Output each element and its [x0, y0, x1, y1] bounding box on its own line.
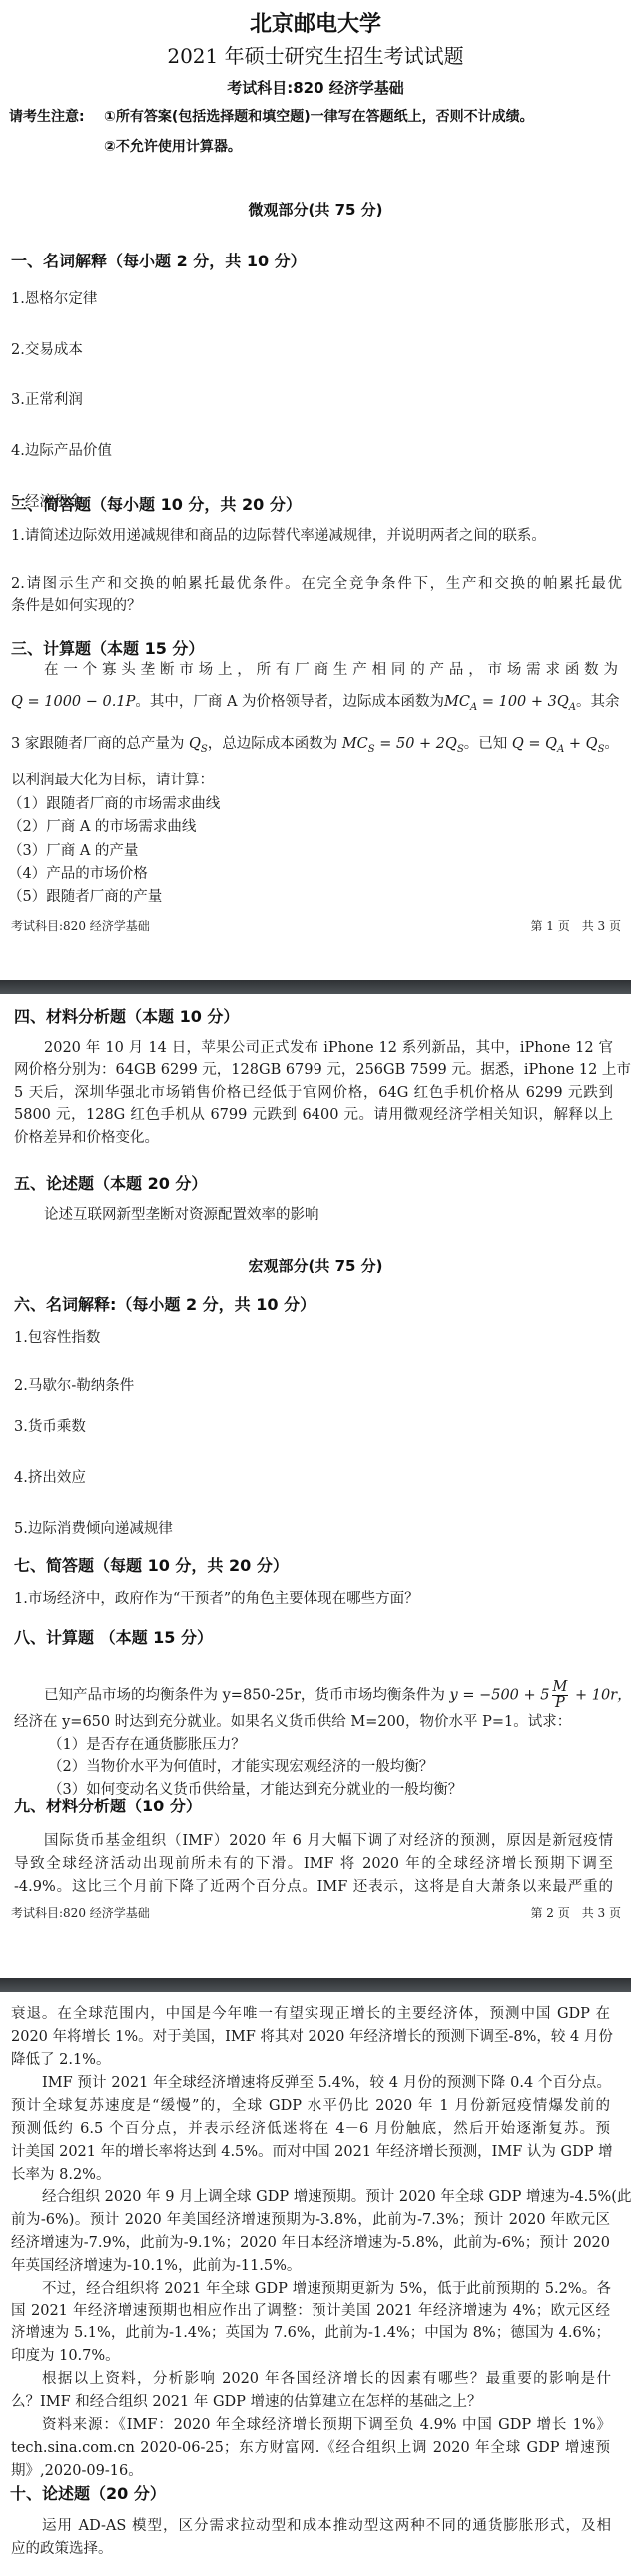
fraction-denominator: P: [552, 1696, 569, 1711]
essay-question: 论述互联网新型垄断对资源配置效率的影响: [44, 1206, 319, 1224]
calc-subquestion: （1）是否存在通货膨胀压力？: [48, 1736, 246, 1754]
calc-paragraph-line: 在一个寡头垄断市场上，所有厂商生产相同的产品，市场需求函数为: [44, 661, 622, 679]
calc-paragraph-line: 3 家跟随者厂商的总产量为 QS，总边际成本函数为 MCS = 50 + 2QS…: [11, 735, 619, 759]
material-line: -4.9%。这比三个月前下降了近两个百分点。IMF 还表示，这将是自大萧条以来最…: [14, 1878, 613, 1896]
calc-subquestion: （4）产品的市场价格: [8, 865, 148, 883]
material-line: 价格差异和价格变化。: [14, 1129, 159, 1147]
material-line: 国 2021 年经济增速预期也相应作出了调整：预计美国 2021 年经济增速为 …: [11, 2302, 610, 2319]
university-name: 北京邮电大学: [0, 12, 631, 38]
question-item: 1.请简述边际效用递减规律和商品的边际替代率递减规律，并说明两者之间的联系。: [11, 527, 546, 545]
calc-subquestion: （5）跟随者厂商的产量: [8, 888, 162, 906]
mc-a-label: MC: [444, 694, 470, 710]
calc-text: 。已知: [464, 736, 512, 752]
material-line: IMF 预计 2021 年全球经济增速将反弹至 5.4%，较 4 月份的预测下降…: [42, 2074, 611, 2092]
material-line: 济增速为 5.1%，此前为-1.4%；英国为 7.6%，此前为-1.4%；中国为…: [11, 2324, 610, 2342]
question-item: 1.市场经济中，政府作为“干预者”的角色主要体现在哪些方面？: [14, 1590, 419, 1608]
calc-prompt: 以利润最大化为目标，请计算：: [11, 772, 214, 789]
material-line: 不过，经合组织将 2021 年全球 GDP 增速预期更新为 5%，低于此前预期的…: [42, 2280, 611, 2298]
calc-text: ，总边际成本函数为: [208, 736, 342, 752]
material-line: 预计全球复苏速度是“缓慢”的，全球 GDP 水平仍比 2020 年 1 月份新冠…: [11, 2097, 610, 2115]
question-item-cont: 条件是如何实现的？: [11, 597, 142, 615]
term-item: 3.正常利润: [11, 391, 83, 409]
material-line: 2020 年 10 月 14 日，苹果公司正式发布 iPhone 12 系列新品…: [44, 1039, 613, 1057]
source-line: tech.sina.com.cn 2020-06-25；东方财富网.《经合组织上…: [11, 2439, 610, 2457]
material-line: 网价格分别为：64GB 6299 元，128GB 6799 元，256GB 75…: [14, 1061, 613, 1079]
material-line: 印度为 10.7%。: [11, 2347, 120, 2365]
notice-1: ①所有答案(包括选择题和填空题)一律写在答题纸上，否则不计成绩。: [104, 108, 534, 126]
footer-page-number: 第 1 页 共 3 页: [530, 918, 621, 934]
term-item: 4.挤出效应: [14, 1469, 86, 1487]
exam-title: 2021 年硕士研究生招生考试试题: [0, 44, 631, 68]
material-line: 5800 元，128G 红色手机从 6799 元跌到 6400 元。请用微观经济…: [14, 1106, 613, 1124]
term-item: 5.边际消费倾向递减规律: [14, 1520, 173, 1538]
mc-s-label: MC: [342, 736, 368, 752]
material-line: 么？IMF 和经合组织 2021 年 GDP 增速的估算建立在怎样的基础之上？: [11, 2393, 482, 2411]
term-item: 2.交易成本: [11, 341, 83, 359]
page-separator: [0, 980, 631, 994]
section-2-heading: 二、简答题（每小题 10 分，共 20 分）: [11, 495, 302, 515]
calc-paragraph-line: 经济在 y=650 时达到充分就业。如果名义货币供给 M=200，物价水平 P=…: [14, 1713, 571, 1731]
calc-text: 。其中，厂商 A 为价格领导者，边际成本函数为: [135, 694, 444, 710]
term-item: 3.货币乘数: [14, 1418, 86, 1436]
material-line: 前为-6%)。预计 2020 年美国经济增速预期为-3.8%，此前为-7.3%；…: [11, 2211, 610, 2229]
material-line: 长率为 8.2%。: [11, 2166, 110, 2184]
material-line: 经合组织 2020 年 9 月上调全球 GDP 增速预期。预计 2020 年全球…: [42, 2188, 611, 2206]
source-line: 资料来源：《IMF：2020 年全球经济增长预期下调至负 4.9% 中国 GDP…: [42, 2416, 611, 2434]
material-line: 5 天后，深圳华强北市场销售价格已经低于官网价格，64G 红色手机价格从 629…: [14, 1084, 613, 1102]
section-5-heading: 五、论述题（本题 20 分）: [14, 1174, 207, 1194]
term-item: 1.恩格尔定律: [11, 290, 97, 308]
footer-page-number: 第 2 页 共 3 页: [530, 1905, 621, 1921]
subscript: S: [457, 744, 464, 755]
calc-paragraph-line: Q = 1000 − 0.1P。其中，厂商 A 为价格领导者，边际成本函数为MC…: [11, 693, 620, 717]
section-8-heading: 八、计算题 （本题 15 分）: [14, 1628, 213, 1648]
calc-subquestion: （2）厂商 A 的市场需求曲线: [8, 818, 196, 836]
lm-function: y = −500 + 5: [450, 1688, 550, 1704]
section-6-heading: 六、名词解释:（每小题 2 分，共 10 分）: [14, 1295, 315, 1315]
fraction-numerator: M: [552, 1680, 569, 1696]
term-item: 4.边际产品价值: [11, 442, 112, 460]
q-sum: + Q: [564, 736, 597, 752]
exam-subject: 考试科目:820 经济学基础: [0, 78, 631, 98]
material-line: 计美国 2021 年的增长率将达到 4.5%。而对中国 2021 年经济增长预测…: [11, 2143, 610, 2161]
section-7-heading: 七、简答题（每题 10 分，共 20 分）: [14, 1556, 289, 1576]
notice-2: ②不允许使用计算器。: [104, 138, 242, 156]
calc-text: 3 家跟随者厂商的总产量为: [11, 736, 189, 752]
material-line: 衰退。在全球范围内，中国是今年唯一有望实现正增长的主要经济体，预测中国 GDP …: [11, 2005, 610, 2023]
essay-question: 运用 AD-AS 模型，区分需求拉动型和成本推动型这两种不同的通货膨胀形式，及相: [42, 2517, 611, 2535]
calc-paragraph-line: 已知产品市场的均衡条件为 y=850-25r，货币市场均衡条件为 y = −50…: [44, 1680, 631, 1711]
subscript: A: [569, 702, 576, 713]
material-line: 根据以上资料，分析影响 2020 年各国经济增长的因素有哪些？最重要的影响是什: [42, 2370, 611, 2388]
qs-label: Q: [189, 736, 201, 752]
section-1-heading: 一、名词解释（每小题 2 分，共 10 分）: [11, 252, 307, 271]
material-line: 2020 年将增长 1%。对于美国，IMF 将其对 2020 年经济增长的预测下…: [11, 2028, 610, 2046]
source-line: 期》,2020-09-16。: [11, 2462, 143, 2480]
page-separator: [0, 1978, 631, 1992]
question-item: 2.请图示生产和交换的帕累托最优条件。在完全竞争条件下，生产和交换的帕累托最优: [11, 575, 622, 593]
q-sum: Q = Q: [512, 736, 557, 752]
subscript: S: [368, 744, 375, 755]
material-line: 经济增速为-7.9%，此前为-9.1%；2020 年日本经济增速为-5.8%，此…: [11, 2234, 610, 2252]
mc-a-function: = 100 + 3Q: [477, 694, 569, 710]
micro-part-title: 微观部分(共 75 分): [0, 200, 631, 220]
section-3-heading: 三、计算题（本题 15 分）: [11, 639, 204, 659]
calc-text: 。其余: [576, 694, 620, 710]
subscript: S: [201, 744, 208, 755]
demand-function: Q = 1000 − 0.1P: [11, 694, 135, 710]
term-item: 1.包容性指数: [14, 1329, 100, 1347]
lm-function: + 10r，: [570, 1688, 631, 1704]
m-over-p-fraction: MP: [552, 1680, 569, 1711]
calc-text: 已知产品市场的均衡条件为 y=850-25r，货币市场均衡条件为: [44, 1688, 450, 1704]
calc-subquestion: （2）当物价水平为何值时，才能实现宏观经济的一般均衡？: [48, 1758, 433, 1776]
material-line: 导致全球经济活动出现前所未有的下滑。IMF 将 2020 年的全球经济增长预期下…: [14, 1855, 613, 1873]
section-9-heading: 九、材料分析题（10 分）: [14, 1797, 202, 1816]
mc-s-function: = 50 + 2Q: [375, 736, 457, 752]
material-line: 国际货币基金组织（IMF）2020 年 6 月大幅下调了对经济的预测，原因是新冠…: [44, 1832, 613, 1850]
footer-subject: 考试科目:820 经济学基础: [11, 1905, 150, 1921]
term-item: 2.马歇尔-勒纳条件: [14, 1377, 134, 1395]
macro-part-title: 宏观部分(共 75 分): [0, 1256, 631, 1276]
footer-subject: 考试科目:820 经济学基础: [11, 918, 150, 934]
material-line: 预测低约 6.5 个百分点，并表示经济低迷将在 4－6 月份触底，然后开始逐渐复…: [11, 2120, 610, 2138]
calc-subquestion: （1）跟随者厂商的市场需求曲线: [8, 795, 220, 813]
material-line: 年英国经济增速为-10.1%，此前为-11.5%。: [11, 2257, 301, 2275]
calc-subquestion: （3）厂商 A 的产量: [8, 842, 138, 860]
section-4-heading: 四、材料分析题（本题 10 分）: [14, 1007, 239, 1027]
material-line: 降低了 2.1%。: [11, 2051, 110, 2069]
essay-question-cont: 应的政策选择。: [11, 2540, 113, 2558]
section-10-heading: 十、论述题（20 分）: [10, 2484, 166, 2504]
calc-text: 。: [604, 736, 619, 752]
notice-label: 请考生注意:: [9, 108, 85, 126]
